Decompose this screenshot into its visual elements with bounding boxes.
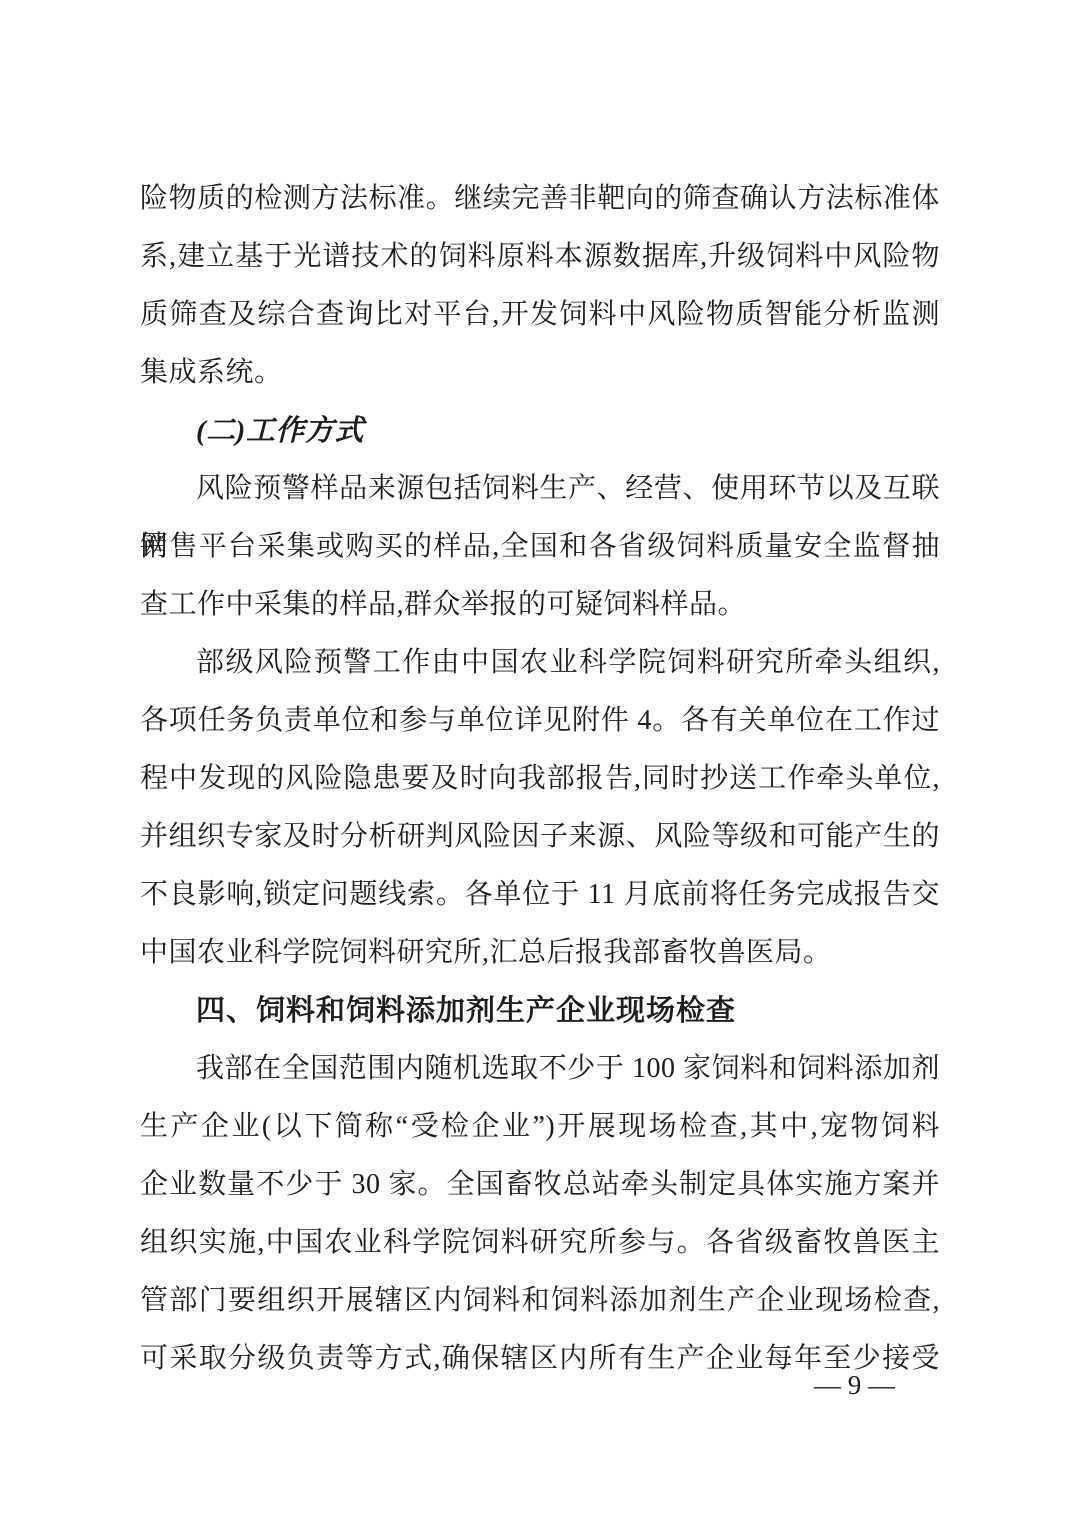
document-body: 险物质的检测方法标准。继续完善非靶向的筛查确认方法标准体系,建立基于光谱技术的饲… [140, 170, 940, 1388]
text-line: 部级风险预警工作由中国农业科学院饲料研究所牵头组织, [140, 634, 940, 692]
section-heading: 四、饲料和饲料添加剂生产企业现场检查 [140, 982, 940, 1040]
text-line: 风险预警样品来源包括饲料生产、经营、使用环节以及互联网 [140, 460, 940, 518]
text-line: 程中发现的风险隐患要及时向我部报告,同时抄送工作牵头单位, [140, 750, 940, 808]
page-number: — 9 — [814, 1370, 895, 1400]
document-page: { "page": { "background": "#ffffff", "te… [0, 0, 1080, 1527]
section-heading: (二)工作方式 [140, 402, 940, 460]
text-line: 各项任务负责单位和参与单位详见附件 4。各有关单位在工作过 [140, 692, 940, 750]
text-line: 系,建立基于光谱技术的饲料原料本源数据库,升级饲料中风险物 [140, 228, 940, 286]
text-line: 质筛查及综合查询比对平台,开发饲料中风险物质智能分析监测 [140, 286, 940, 344]
text-line: 销售平台采集或购买的样品,全国和各省级饲料质量安全监督抽 [140, 518, 940, 576]
text-line: 企业数量不少于 30 家。全国畜牧总站牵头制定具体实施方案并 [140, 1156, 940, 1214]
text-line: 我部在全国范围内随机选取不少于 100 家饲料和饲料添加剂 [140, 1040, 940, 1098]
text-line: 组织实施,中国农业科学院饲料研究所参与。各省级畜牧兽医主 [140, 1214, 940, 1272]
text-line: 不良影响,锁定问题线索。各单位于 11 月底前将任务完成报告交 [140, 866, 940, 924]
text-line: 生产企业(以下简称“受检企业”)开展现场检查,其中,宠物饲料 [140, 1098, 940, 1156]
text-line: 集成系统。 [140, 344, 940, 402]
text-line: 并组织专家及时分析研判风险因子来源、风险等级和可能产生的 [140, 808, 940, 866]
text-line: 查工作中采集的样品,群众举报的可疑饲料样品。 [140, 576, 940, 634]
text-line: 管部门要组织开展辖区内饲料和饲料添加剂生产企业现场检查, [140, 1272, 940, 1330]
text-line: 中国农业科学院饲料研究所,汇总后报我部畜牧兽医局。 [140, 924, 940, 982]
text-line: 险物质的检测方法标准。继续完善非靶向的筛查确认方法标准体 [140, 170, 940, 228]
